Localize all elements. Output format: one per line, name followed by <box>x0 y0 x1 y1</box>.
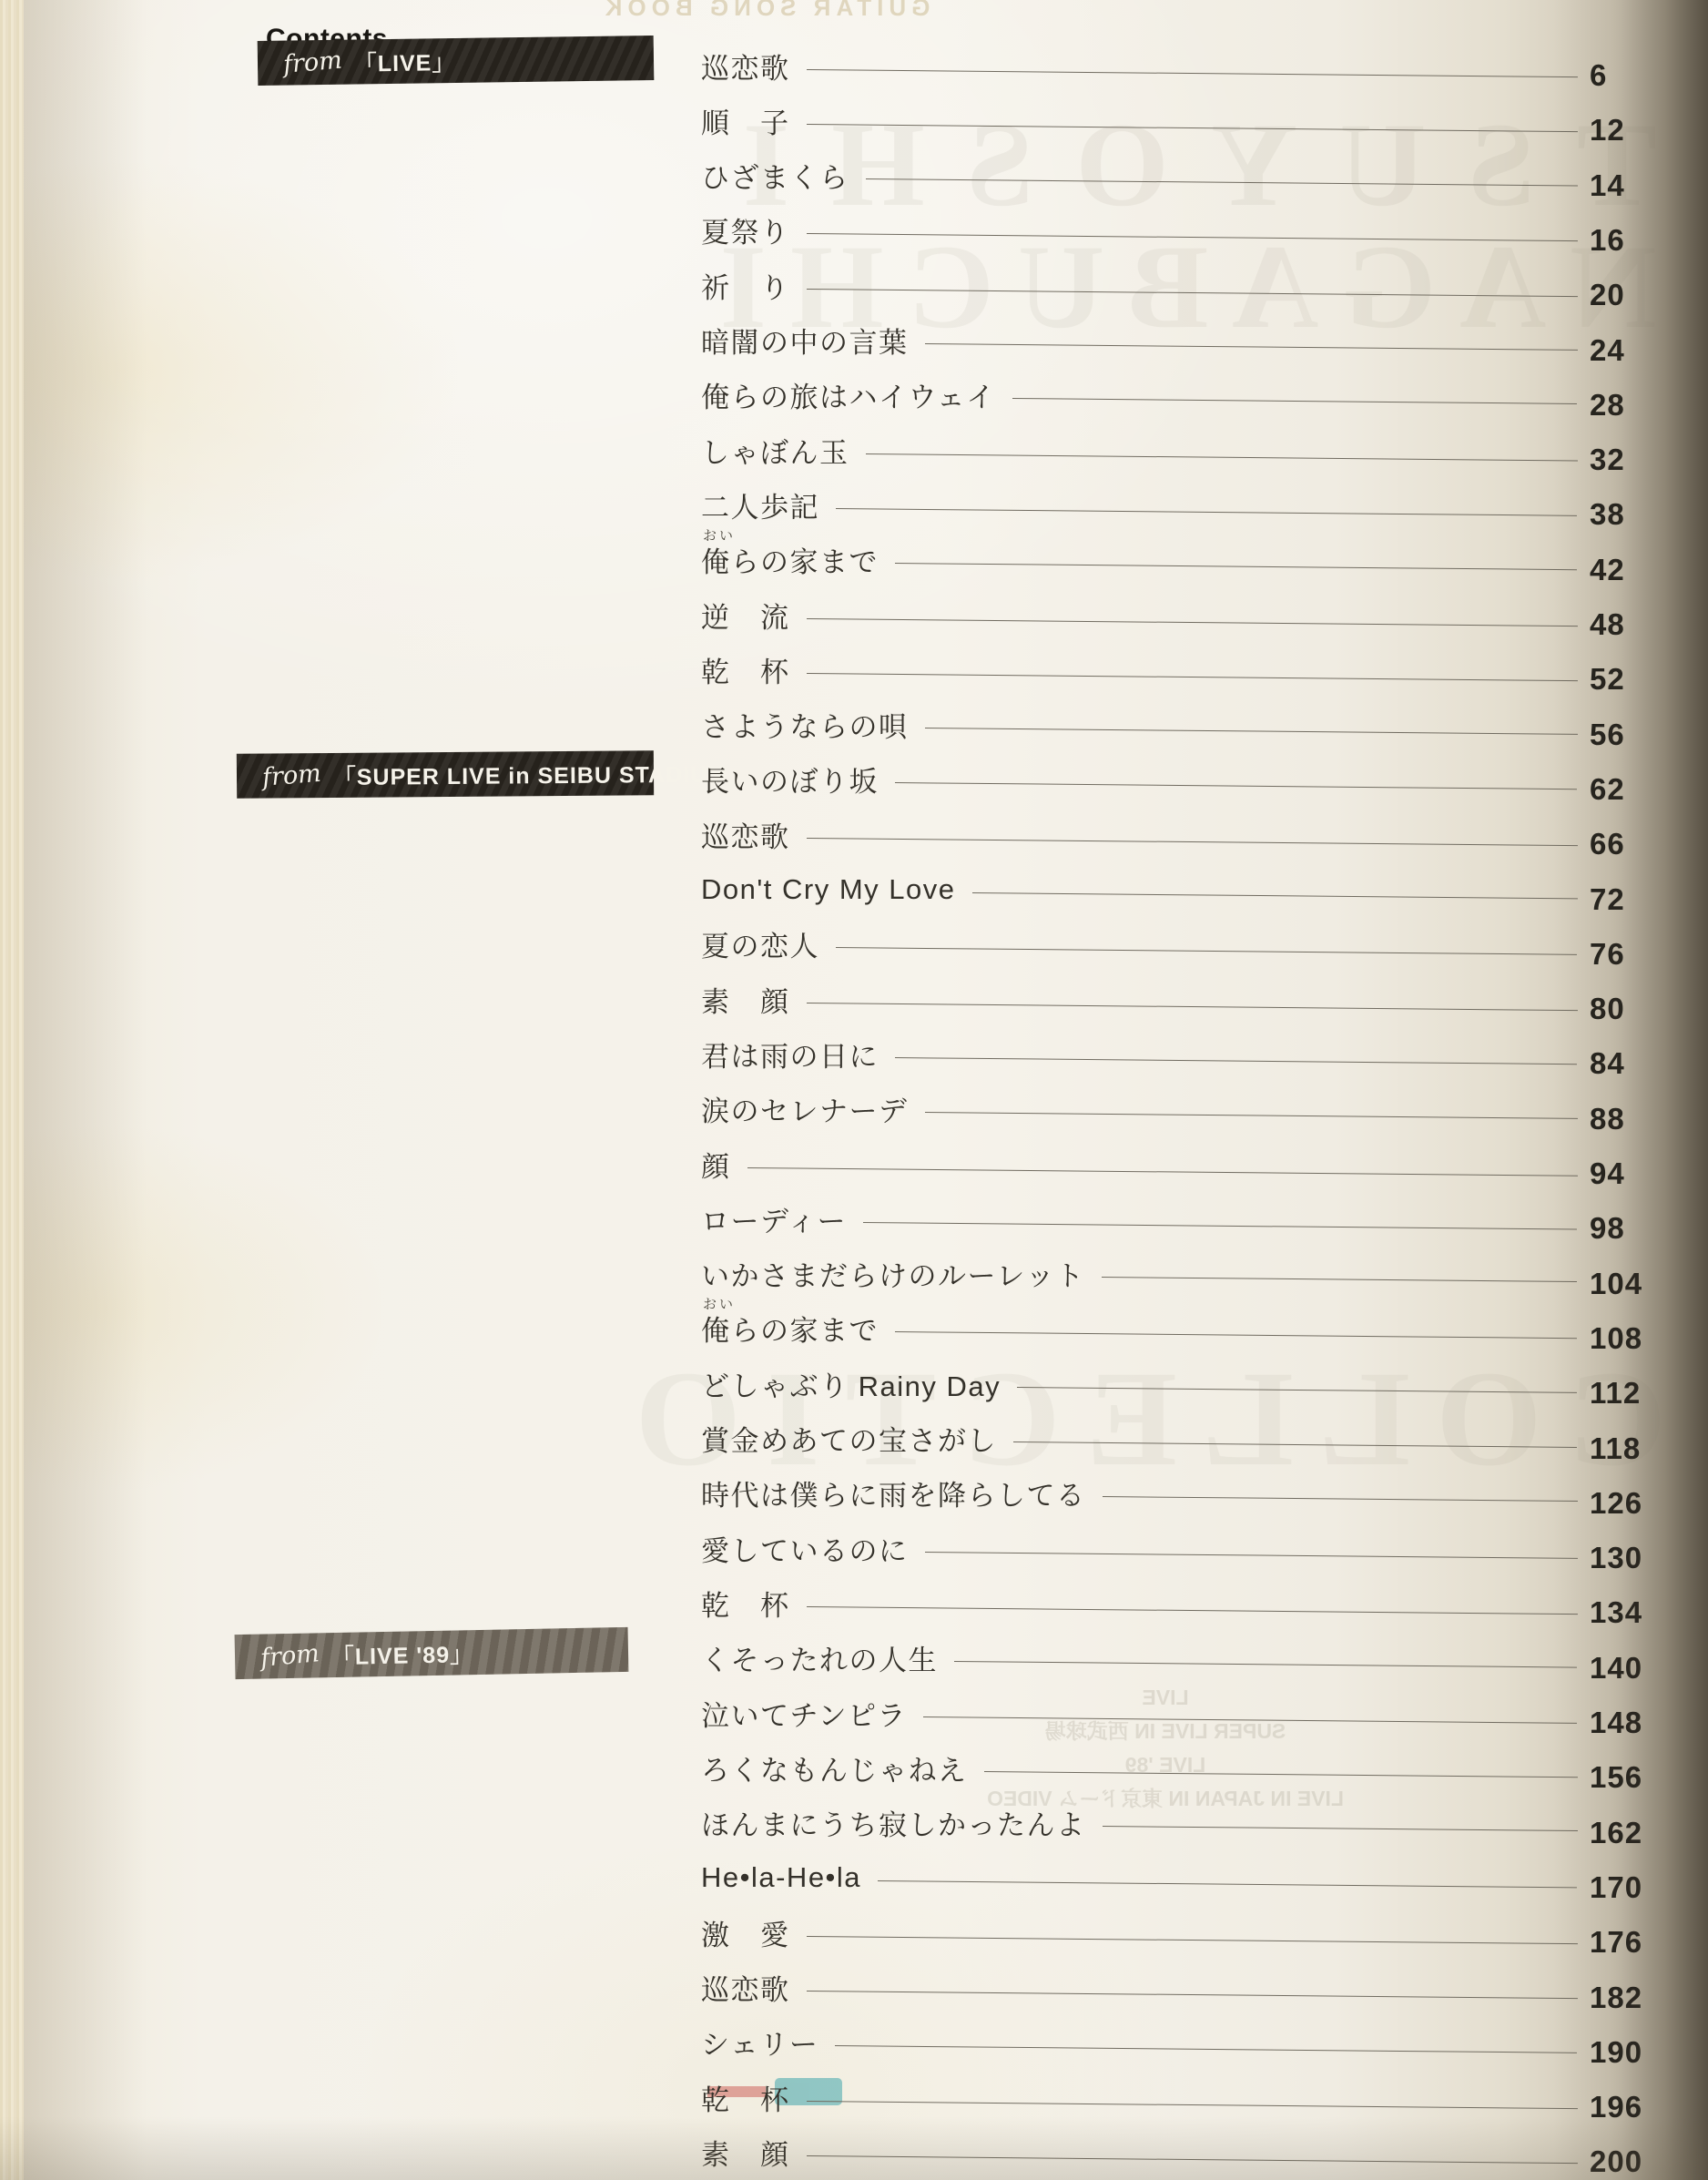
toc-row: 激 愛176 <box>701 1905 1683 1960</box>
leader-line <box>806 1606 1576 1615</box>
song-title: 乾 杯 <box>701 649 790 690</box>
song-title: 時代は僕らに雨を降らしてる <box>701 1472 1086 1513</box>
song-title: 泣いてチンピラ <box>701 1693 907 1734</box>
leader-line <box>806 1003 1576 1011</box>
toc-row: 涙のセレナーデ88 <box>701 1082 1683 1136</box>
page-edge-strip <box>0 0 24 2180</box>
leader-line <box>895 1331 1577 1339</box>
leader-line <box>1102 1826 1576 1831</box>
toc-row: ろくなもんじゃねえ156 <box>701 1740 1683 1795</box>
leader-line <box>924 343 1576 351</box>
song-title: 乾 杯 <box>701 1583 790 1624</box>
leader-line <box>806 673 1576 681</box>
leader-line <box>1013 1441 1577 1448</box>
leader-line <box>895 1057 1577 1065</box>
leader-line <box>924 1112 1576 1119</box>
leader-line <box>954 1661 1577 1668</box>
section-bar: from「LIVE」 <box>258 36 655 86</box>
right-gutter-shadow <box>1553 0 1708 2180</box>
toc-row: 祈 り20 <box>701 258 1683 312</box>
leader-line <box>835 2045 1577 2053</box>
leader-line <box>806 69 1576 77</box>
section-from-script: from <box>261 759 322 792</box>
toc-row: 俺らの旅はハイウェイ28 <box>701 368 1683 423</box>
song-title: 顔 <box>701 1144 731 1185</box>
toc-row: 顔94 <box>701 1136 1683 1191</box>
furigana: おい <box>703 525 736 545</box>
leader-line <box>895 563 1577 570</box>
toc-row: 賞金めあての宝さがし118 <box>701 1411 1683 1466</box>
leader-line <box>836 508 1577 516</box>
leader-line <box>924 728 1576 735</box>
left-shadow <box>24 0 147 2180</box>
leader-line <box>806 289 1576 297</box>
section-from-script: from <box>282 46 343 79</box>
leader-line <box>971 892 1576 899</box>
song-title: ひざまくら <box>701 155 849 196</box>
leader-line <box>806 1991 1576 1999</box>
song-title: 君は雨の日に <box>701 1034 879 1075</box>
toc-row: くそったれの人生140 <box>701 1631 1683 1686</box>
leader-line <box>806 2101 1576 2109</box>
showthrough-top-text: GUITAR SONG BOOK <box>505 0 1024 22</box>
bottom-shadow <box>0 2116 1708 2180</box>
toc-row: シェリー190 <box>701 2015 1683 2070</box>
section-label: 「SUPER LIVE in SEIBU STADIUM」 <box>333 756 751 792</box>
song-title: 巡恋歌 <box>701 814 790 855</box>
toc-row: 愛しているのに130 <box>701 1521 1683 1575</box>
leader-line <box>924 1552 1576 1559</box>
toc-row: 巡恋歌6 <box>701 38 1683 93</box>
leader-line <box>895 782 1577 789</box>
leader-line <box>1102 1496 1576 1502</box>
song-title: 祈 り <box>701 265 790 306</box>
song-title: 夏祭り <box>701 209 790 250</box>
song-title: 巡恋歌 <box>701 1967 790 2008</box>
toc-row: 素 顔80 <box>701 972 1683 1026</box>
toc-row: 乾 杯134 <box>701 1575 1683 1630</box>
song-title: シェリー <box>701 2022 818 2063</box>
song-title: 巡恋歌 <box>701 46 790 87</box>
section-from-script: from <box>259 1639 320 1673</box>
book-page: GUITAR SONG BOOK TSUYOSHI NAGABUCHI COLL… <box>0 0 1708 2180</box>
toc-row: 逆 流48 <box>701 587 1683 642</box>
section-label: 「LIVE」 <box>354 45 456 79</box>
toc-row: 二人歩記38 <box>701 477 1683 532</box>
song-title: ローディー <box>701 1198 847 1239</box>
toc-row: ほんまにうち寂しかったんよ162 <box>701 1796 1683 1850</box>
song-title: 暗闇の中の言葉 <box>701 320 909 361</box>
leader-line <box>1012 398 1577 404</box>
song-title: 涙のセレナーデ <box>701 1088 909 1129</box>
section-bar: from「LIVE '89」 <box>235 1627 629 1679</box>
leader-line <box>1017 1387 1577 1393</box>
leader-line <box>878 1880 1577 1888</box>
leader-line <box>806 618 1576 626</box>
song-title: 俺らの家までおい <box>701 1308 879 1349</box>
song-title: くそったれの人生 <box>701 1637 938 1678</box>
toc-row: 夏の恋人76 <box>701 917 1683 972</box>
leader-line <box>747 1167 1576 1177</box>
toc-row: 巡恋歌182 <box>701 1961 1683 2015</box>
song-title: He•la-He•la <box>701 1861 861 1894</box>
leader-line <box>983 1771 1576 1778</box>
song-title: 逆 流 <box>701 595 790 636</box>
song-title: 乾 杯 <box>701 2077 790 2118</box>
song-title: どしゃぶり Rainy Day <box>701 1363 1001 1404</box>
toc-row: 泣いてチンピラ148 <box>701 1686 1683 1740</box>
leader-line <box>863 1222 1577 1230</box>
song-title: 順 子 <box>701 100 790 141</box>
toc-row: 夏祭り16 <box>701 203 1683 258</box>
leader-line <box>806 124 1576 132</box>
toc-row: 俺らの家までおい42 <box>701 533 1683 587</box>
leader-line <box>806 1936 1576 1944</box>
toc-row: さようならの唄56 <box>701 698 1683 752</box>
toc-row: いかさまだらけのルーレット104 <box>701 1247 1683 1301</box>
toc-row: 巡恋歌66 <box>701 807 1683 861</box>
toc-row: ローディー98 <box>701 1191 1683 1246</box>
leader-line <box>836 947 1577 955</box>
furigana: おい <box>703 1294 736 1313</box>
leader-line <box>923 1716 1577 1724</box>
song-title: しゃぼん玉 <box>701 430 849 471</box>
leader-line <box>1102 1277 1577 1282</box>
song-title: 長いのぼり坂 <box>701 759 879 800</box>
toc-row: 長いのぼり坂62 <box>701 752 1683 807</box>
song-title: 賞金めあての宝さがし <box>701 1418 997 1459</box>
song-title: 俺らの旅はハイウェイ <box>701 374 996 415</box>
leader-line <box>806 838 1576 846</box>
toc-row: どしゃぶり Rainy Day112 <box>701 1356 1683 1411</box>
song-title: 夏の恋人 <box>701 923 819 964</box>
leader-line <box>865 453 1576 462</box>
toc-row: Don't Cry My Love72 <box>701 862 1683 917</box>
toc-row: しゃぼん玉32 <box>701 423 1683 477</box>
toc-row: ひざまくら14 <box>701 148 1683 203</box>
song-title: ほんまにうち寂しかったんよ <box>701 1802 1086 1843</box>
toc-row: 順 子12 <box>701 93 1683 148</box>
section-label: 「LIVE '89」 <box>330 1635 473 1671</box>
toc-row: 時代は僕らに雨を降らしてる126 <box>701 1466 1683 1521</box>
section-bar: from「SUPER LIVE in SEIBU STADIUM」 <box>237 750 654 799</box>
song-title: 愛しているのに <box>701 1528 909 1569</box>
song-title: ろくなもんじゃねえ <box>701 1747 968 1788</box>
leader-line <box>806 233 1576 241</box>
song-title: さようならの唄 <box>701 704 909 745</box>
toc-row: 俺らの家までおい108 <box>701 1301 1683 1356</box>
song-title: 激 愛 <box>701 1912 790 1953</box>
song-title: いかさまだらけのルーレット <box>701 1253 1085 1294</box>
toc-row: He•la-He•la170 <box>701 1850 1683 1905</box>
song-title: 素 顔 <box>701 979 790 1020</box>
toc-row: 君は雨の日に84 <box>701 1026 1683 1081</box>
toc-row: 暗闇の中の言葉24 <box>701 313 1683 368</box>
leader-line <box>865 178 1576 187</box>
song-title: Don't Cry My Love <box>701 873 956 906</box>
toc-row: 乾 杯52 <box>701 642 1683 697</box>
song-title: 二人歩記 <box>701 484 819 525</box>
song-title: 俺らの家までおい <box>701 539 879 580</box>
